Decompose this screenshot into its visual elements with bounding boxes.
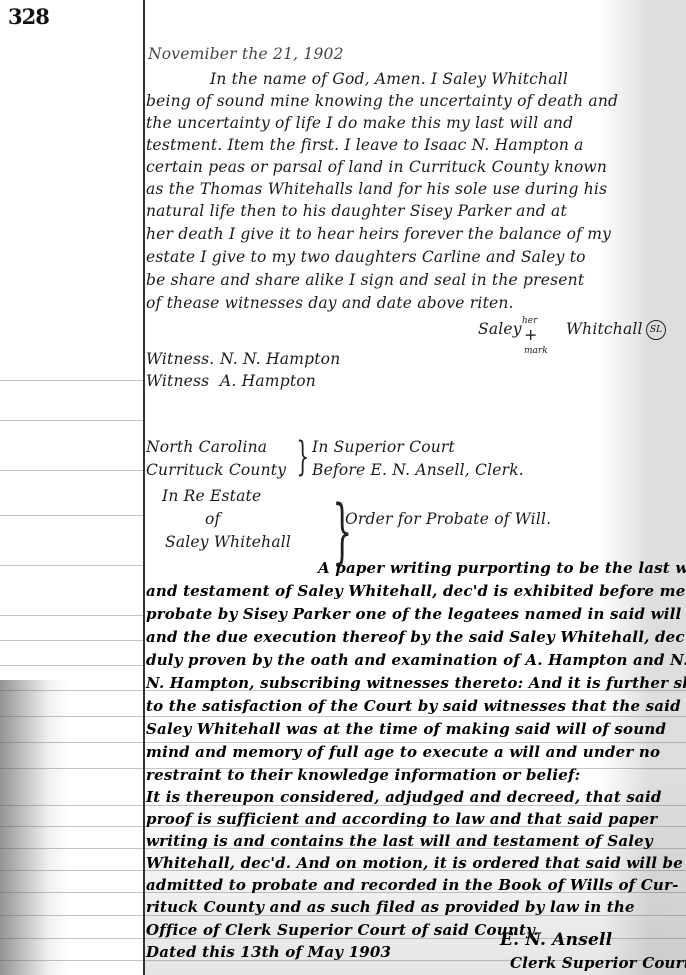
seal-icon: SL bbox=[646, 320, 666, 340]
will-line: as the Thomas Whitehalls land for his so… bbox=[146, 180, 607, 198]
probate-line: and testament of Saley Whitehall, dec'd … bbox=[146, 582, 686, 600]
ruled-line bbox=[0, 420, 143, 421]
probate-line: restraint to their knowledge information… bbox=[146, 766, 580, 784]
witness-label: Witness bbox=[146, 372, 209, 390]
probate-line: proof is sufficient and according to law… bbox=[146, 810, 657, 828]
probate-line: mind and memory of full age to execute a… bbox=[146, 743, 660, 761]
signature-last-name: Whitchall bbox=[566, 320, 643, 338]
will-line: In the name of God, Amen. I Saley Whitch… bbox=[210, 70, 568, 88]
signature-mark-word: mark bbox=[524, 346, 548, 356]
probate-line: probate by Sisey Parker one of the legat… bbox=[146, 605, 681, 623]
witness-name: A. Hampton bbox=[220, 372, 316, 390]
probate-date: Dated this 13th of May 1903 bbox=[146, 943, 391, 961]
probate-line: duly proven by the oath and examination … bbox=[146, 651, 686, 669]
will-line: testment. Item the first. I leave to Isa… bbox=[146, 136, 584, 154]
probate-line: writing is and contains the last will an… bbox=[146, 832, 653, 850]
probate-line: N. Hampton, subscribing witnesses theret… bbox=[146, 674, 686, 692]
page-number: 328 bbox=[8, 4, 49, 29]
will-line: being of sound mine knowing the uncertai… bbox=[146, 92, 618, 110]
will-line: of thease witnesses day and date above r… bbox=[146, 294, 514, 312]
will-line: estate I give to my two daughters Carlin… bbox=[146, 248, 586, 266]
ruled-line bbox=[0, 515, 143, 516]
ruled-line bbox=[0, 665, 143, 666]
witness-label: Witness. bbox=[146, 350, 214, 368]
ruled-line bbox=[0, 380, 143, 381]
estate-in-re: In Re Estate bbox=[162, 487, 261, 505]
probate-line: and the due execution thereof by the sai… bbox=[146, 628, 686, 646]
signature-first-name: Saley bbox=[478, 320, 522, 338]
order-title: Order for Probate of Will. bbox=[345, 510, 551, 528]
probate-line: admitted to probate and recorded in the … bbox=[146, 876, 679, 894]
probate-line: A paper writing purporting to be the las… bbox=[318, 559, 686, 577]
ruled-line bbox=[0, 470, 143, 471]
will-line: the uncertainty of life I do make this m… bbox=[146, 114, 573, 132]
probate-line: It is thereupon considered, adjudged and… bbox=[146, 788, 662, 806]
probate-line: Office of Clerk Superior Court of said C… bbox=[146, 921, 539, 939]
ruled-line bbox=[0, 640, 143, 641]
estate-of: of bbox=[205, 510, 220, 528]
probate-line: Saley Whitehall was at the time of makin… bbox=[146, 720, 666, 738]
cross-mark-icon: + bbox=[524, 325, 537, 344]
will-line: be share and share alike I sign and seal… bbox=[146, 271, 584, 289]
caption-court: In Superior Court bbox=[312, 438, 455, 456]
will-date: Novemiber the 21, 1902 bbox=[148, 45, 344, 63]
brace-icon: } bbox=[296, 434, 309, 480]
ruled-line bbox=[0, 565, 143, 566]
ruled-line bbox=[0, 615, 143, 616]
will-line: natural life then to his daughter Sisey … bbox=[146, 202, 567, 220]
document-page: 328 Novemiber the 21, 1902 In the name o… bbox=[0, 0, 686, 975]
will-line: certain peas or parsal of land in Currit… bbox=[146, 158, 607, 176]
ruled-line bbox=[0, 716, 686, 717]
clerk-title: Clerk Superior Court bbox=[510, 954, 686, 972]
probate-line: to the satisfaction of the Court by said… bbox=[146, 697, 681, 715]
probate-line: Whitehall, dec'd. And on motion, it is o… bbox=[146, 854, 683, 872]
probate-line: rituck County and as such filed as provi… bbox=[146, 898, 635, 916]
will-line: her death I give it to hear heirs foreve… bbox=[146, 225, 611, 243]
estate-name: Saley Whitehall bbox=[165, 533, 291, 551]
scan-shadow-left bbox=[0, 680, 70, 975]
caption-clerk: Before E. N. Ansell, Clerk. bbox=[312, 461, 524, 479]
caption-county: Currituck County bbox=[146, 461, 286, 479]
clerk-signature: E. N. Ansell bbox=[500, 930, 612, 950]
margin-line bbox=[143, 0, 145, 975]
caption-state: North Carolina bbox=[146, 438, 267, 456]
witness-name: N. N. Hampton bbox=[220, 350, 340, 368]
